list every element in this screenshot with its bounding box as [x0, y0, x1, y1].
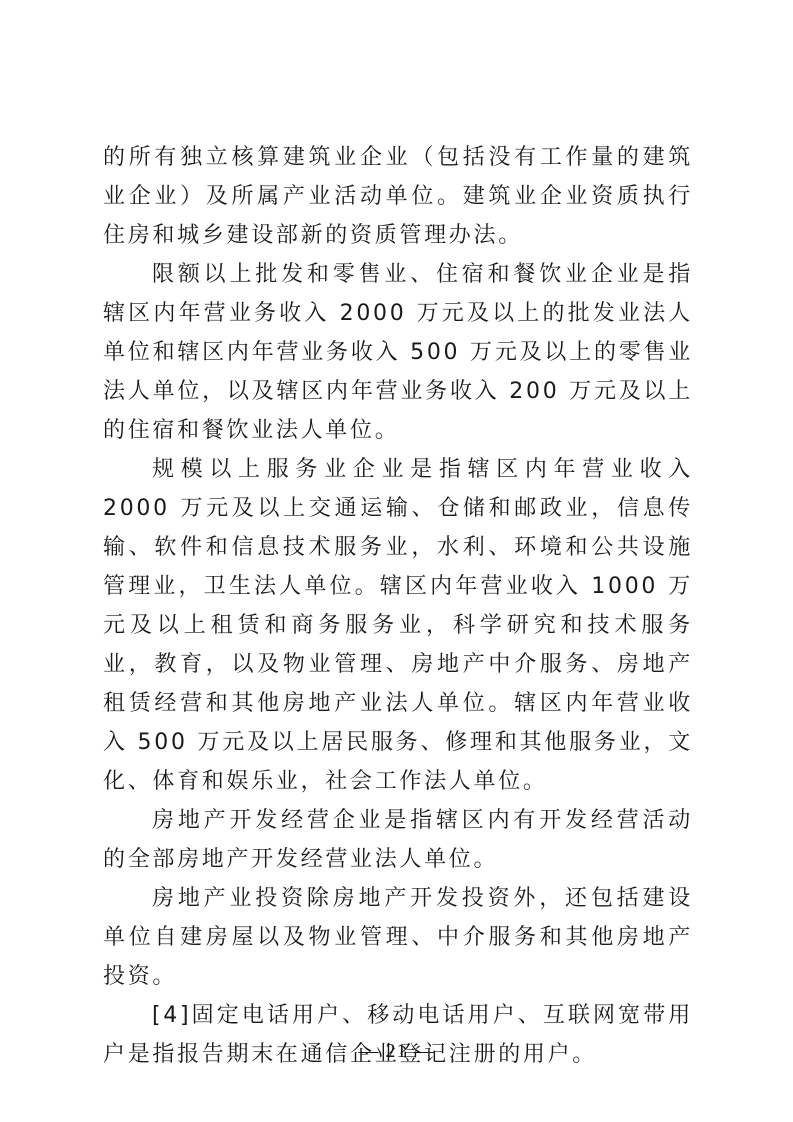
body-text: 的所有独立核算建筑业企业（包括没有工作量的建筑业企业）及所属产业活动单位。建筑业… — [103, 138, 693, 1074]
paragraph-real-estate-investment: 房地产业投资除房地产开发投资外，还包括建设单位自建房屋以及物业管理、中介服务和其… — [103, 879, 693, 996]
paragraph-wholesale-retail: 限额以上批发和零售业、住宿和餐饮业企业是指辖区内年营业务收入 2000 万元及以… — [103, 255, 693, 450]
paragraph-construction-continued: 的所有独立核算建筑业企业（包括没有工作量的建筑业企业）及所属产业活动单位。建筑业… — [103, 138, 693, 255]
document-page: 的所有独立核算建筑业企业（包括没有工作量的建筑业企业）及所属产业活动单位。建筑业… — [0, 0, 793, 1122]
page-number: — 21 — — [0, 1040, 793, 1063]
paragraph-service-industry: 规模以上服务业企业是指辖区内年营业收入 2000 万元及以上交通运输、仓储和邮政… — [103, 450, 693, 801]
paragraph-real-estate-development: 房地产开发经营企业是指辖区内有开发经营活动的全部房地产开发经营业法人单位。 — [103, 801, 693, 879]
